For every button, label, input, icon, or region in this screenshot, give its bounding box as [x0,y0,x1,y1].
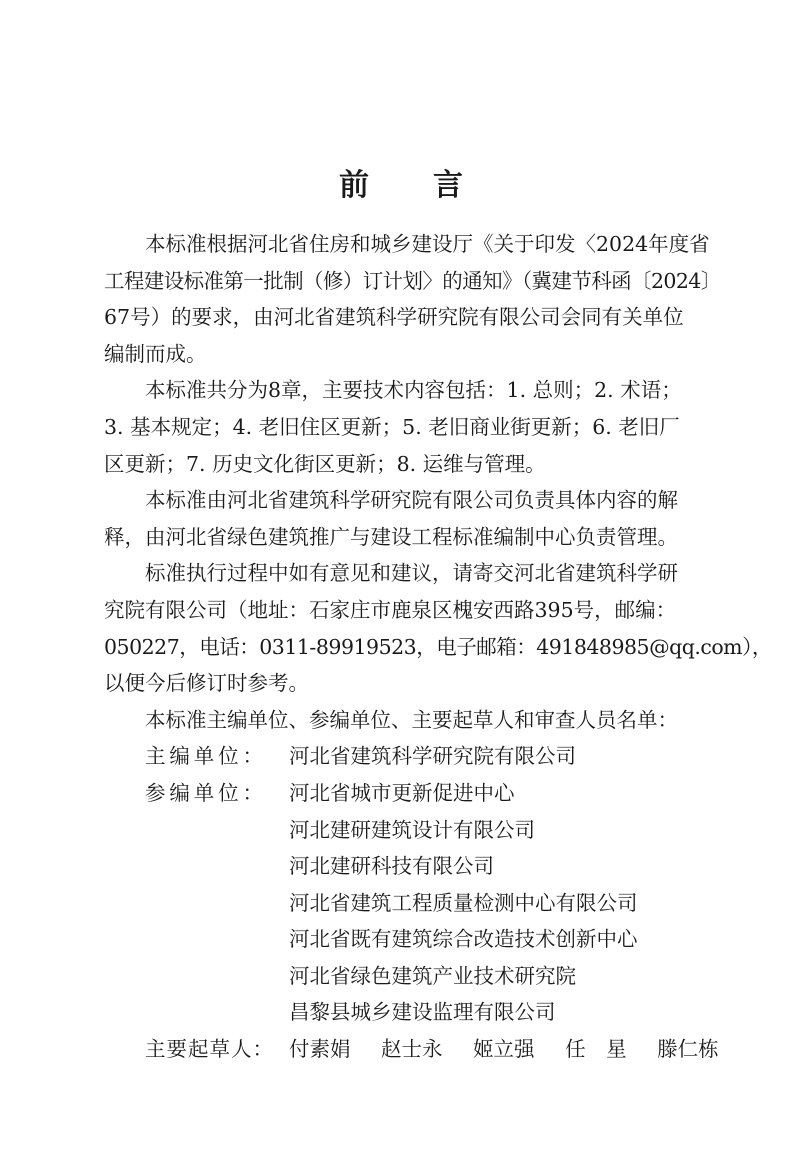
drafters-names: 付素娟 赵士永 姬立强 任 星 滕仁栋 [289,1031,743,1068]
participating-unit-item: 河北省建筑工程质量检测中心有限公司 [289,885,698,922]
preface-body: 本标准根据河北省住房和城乡建设厅《关于印发〈2024年度省 工程建设标准第一批制… [104,226,698,1068]
drafter-name: 付素娟 [289,1031,351,1068]
paragraph-contents: 本标准共分为8章，主要技术内容包括：1. 总则；2. 术语； 3. 基本规定；4… [104,372,698,482]
text-line: 3. 基本规定；4. 老旧住区更新；5. 老旧商业街更新；6. 老旧厂 [104,409,698,446]
chief-unit-label: 主 编 单 位 ： [104,738,289,775]
participating-unit-row: 河北省绿色建筑产业技术研究院 [104,958,698,995]
drafter-name: 任 星 [565,1031,627,1068]
participating-unit-item: 河北省绿色建筑产业技术研究院 [289,958,698,995]
drafters-label: 主要起草人： [104,1031,289,1068]
drafter-name: 滕仁栋 [657,1031,719,1068]
text-line: 标准执行过程中如有意见和建议，请寄交河北省建筑科学研 [104,555,698,592]
text-line: 67号）的要求，由河北省建筑科学研究院有限公司会同有关单位 [104,299,698,336]
participating-unit-row: 河北省建筑工程质量检测中心有限公司 [104,885,698,922]
drafters-row: 主要起草人： 付素娟 赵士永 姬立强 任 星 滕仁栋 [104,1031,698,1068]
text-line: 050227，电话：0311-89919523，电子邮箱：491848985@q… [104,629,698,666]
text-line: 工程建设标准第一批制（修）订计划〉的通知》（冀建节科函〔2024〕 [104,263,698,300]
participating-unit-row: 参 编 单 位 ： 河北省城市更新促进中心 [104,775,698,812]
paragraph-list-intro: 本标准主编单位、参编单位、主要起草人和审查人员名单： [104,702,698,739]
title-char-1: 前 [339,160,369,204]
title-char-2: 言 [433,160,463,204]
text-line: 本标准根据河北省住房和城乡建设厅《关于印发〈2024年度省 [104,226,698,263]
text-line: 编制而成。 [104,336,698,373]
chief-unit-row: 主 编 单 位 ： 河北省建筑科学研究院有限公司 [104,738,698,775]
participating-unit-item: 河北建研建筑设计有限公司 [289,812,698,849]
text-line: 究院有限公司（地址：石家庄市鹿泉区槐安西路395号，邮编： [104,592,698,629]
participating-unit-item: 河北省城市更新促进中心 [289,775,698,812]
text-line: 区更新；7. 历史文化街区更新；8. 运维与管理。 [104,446,698,483]
chief-unit-value: 河北省建筑科学研究院有限公司 [289,738,698,775]
text-line: 以便今后修订时参考。 [104,665,698,702]
paragraph-basis: 本标准根据河北省住房和城乡建设厅《关于印发〈2024年度省 工程建设标准第一批制… [104,226,698,372]
drafter-name: 姬立强 [473,1031,535,1068]
participating-unit-row: 河北建研建筑设计有限公司 [104,812,698,849]
paragraph-contact: 标准执行过程中如有意见和建议，请寄交河北省建筑科学研 究院有限公司（地址：石家庄… [104,555,698,701]
text-line: 本标准共分为8章，主要技术内容包括：1. 总则；2. 术语； [104,372,698,409]
participating-unit-item: 昌黎县城乡建设监理有限公司 [289,994,698,1031]
participating-unit-row: 河北省既有建筑综合改造技术创新中心 [104,921,698,958]
participating-unit-row: 河北建研科技有限公司 [104,848,698,885]
text-line: 本标准主编单位、参编单位、主要起草人和审查人员名单： [104,702,698,739]
page-title: 前言 [104,160,698,204]
text-line: 释，由河北省绿色建筑推广与建设工程标准编制中心负责管理。 [104,519,698,556]
paragraph-management: 本标准由河北省建筑科学研究院有限公司负责具体内容的解 释，由河北省绿色建筑推广与… [104,482,698,555]
participating-unit-item: 河北建研科技有限公司 [289,848,698,885]
participating-unit-label: 参 编 单 位 ： [104,775,289,812]
text-line: 本标准由河北省建筑科学研究院有限公司负责具体内容的解 [104,482,698,519]
participating-unit-item: 河北省既有建筑综合改造技术创新中心 [289,921,698,958]
participating-unit-row: 昌黎县城乡建设监理有限公司 [104,994,698,1031]
drafter-name: 赵士永 [381,1031,443,1068]
